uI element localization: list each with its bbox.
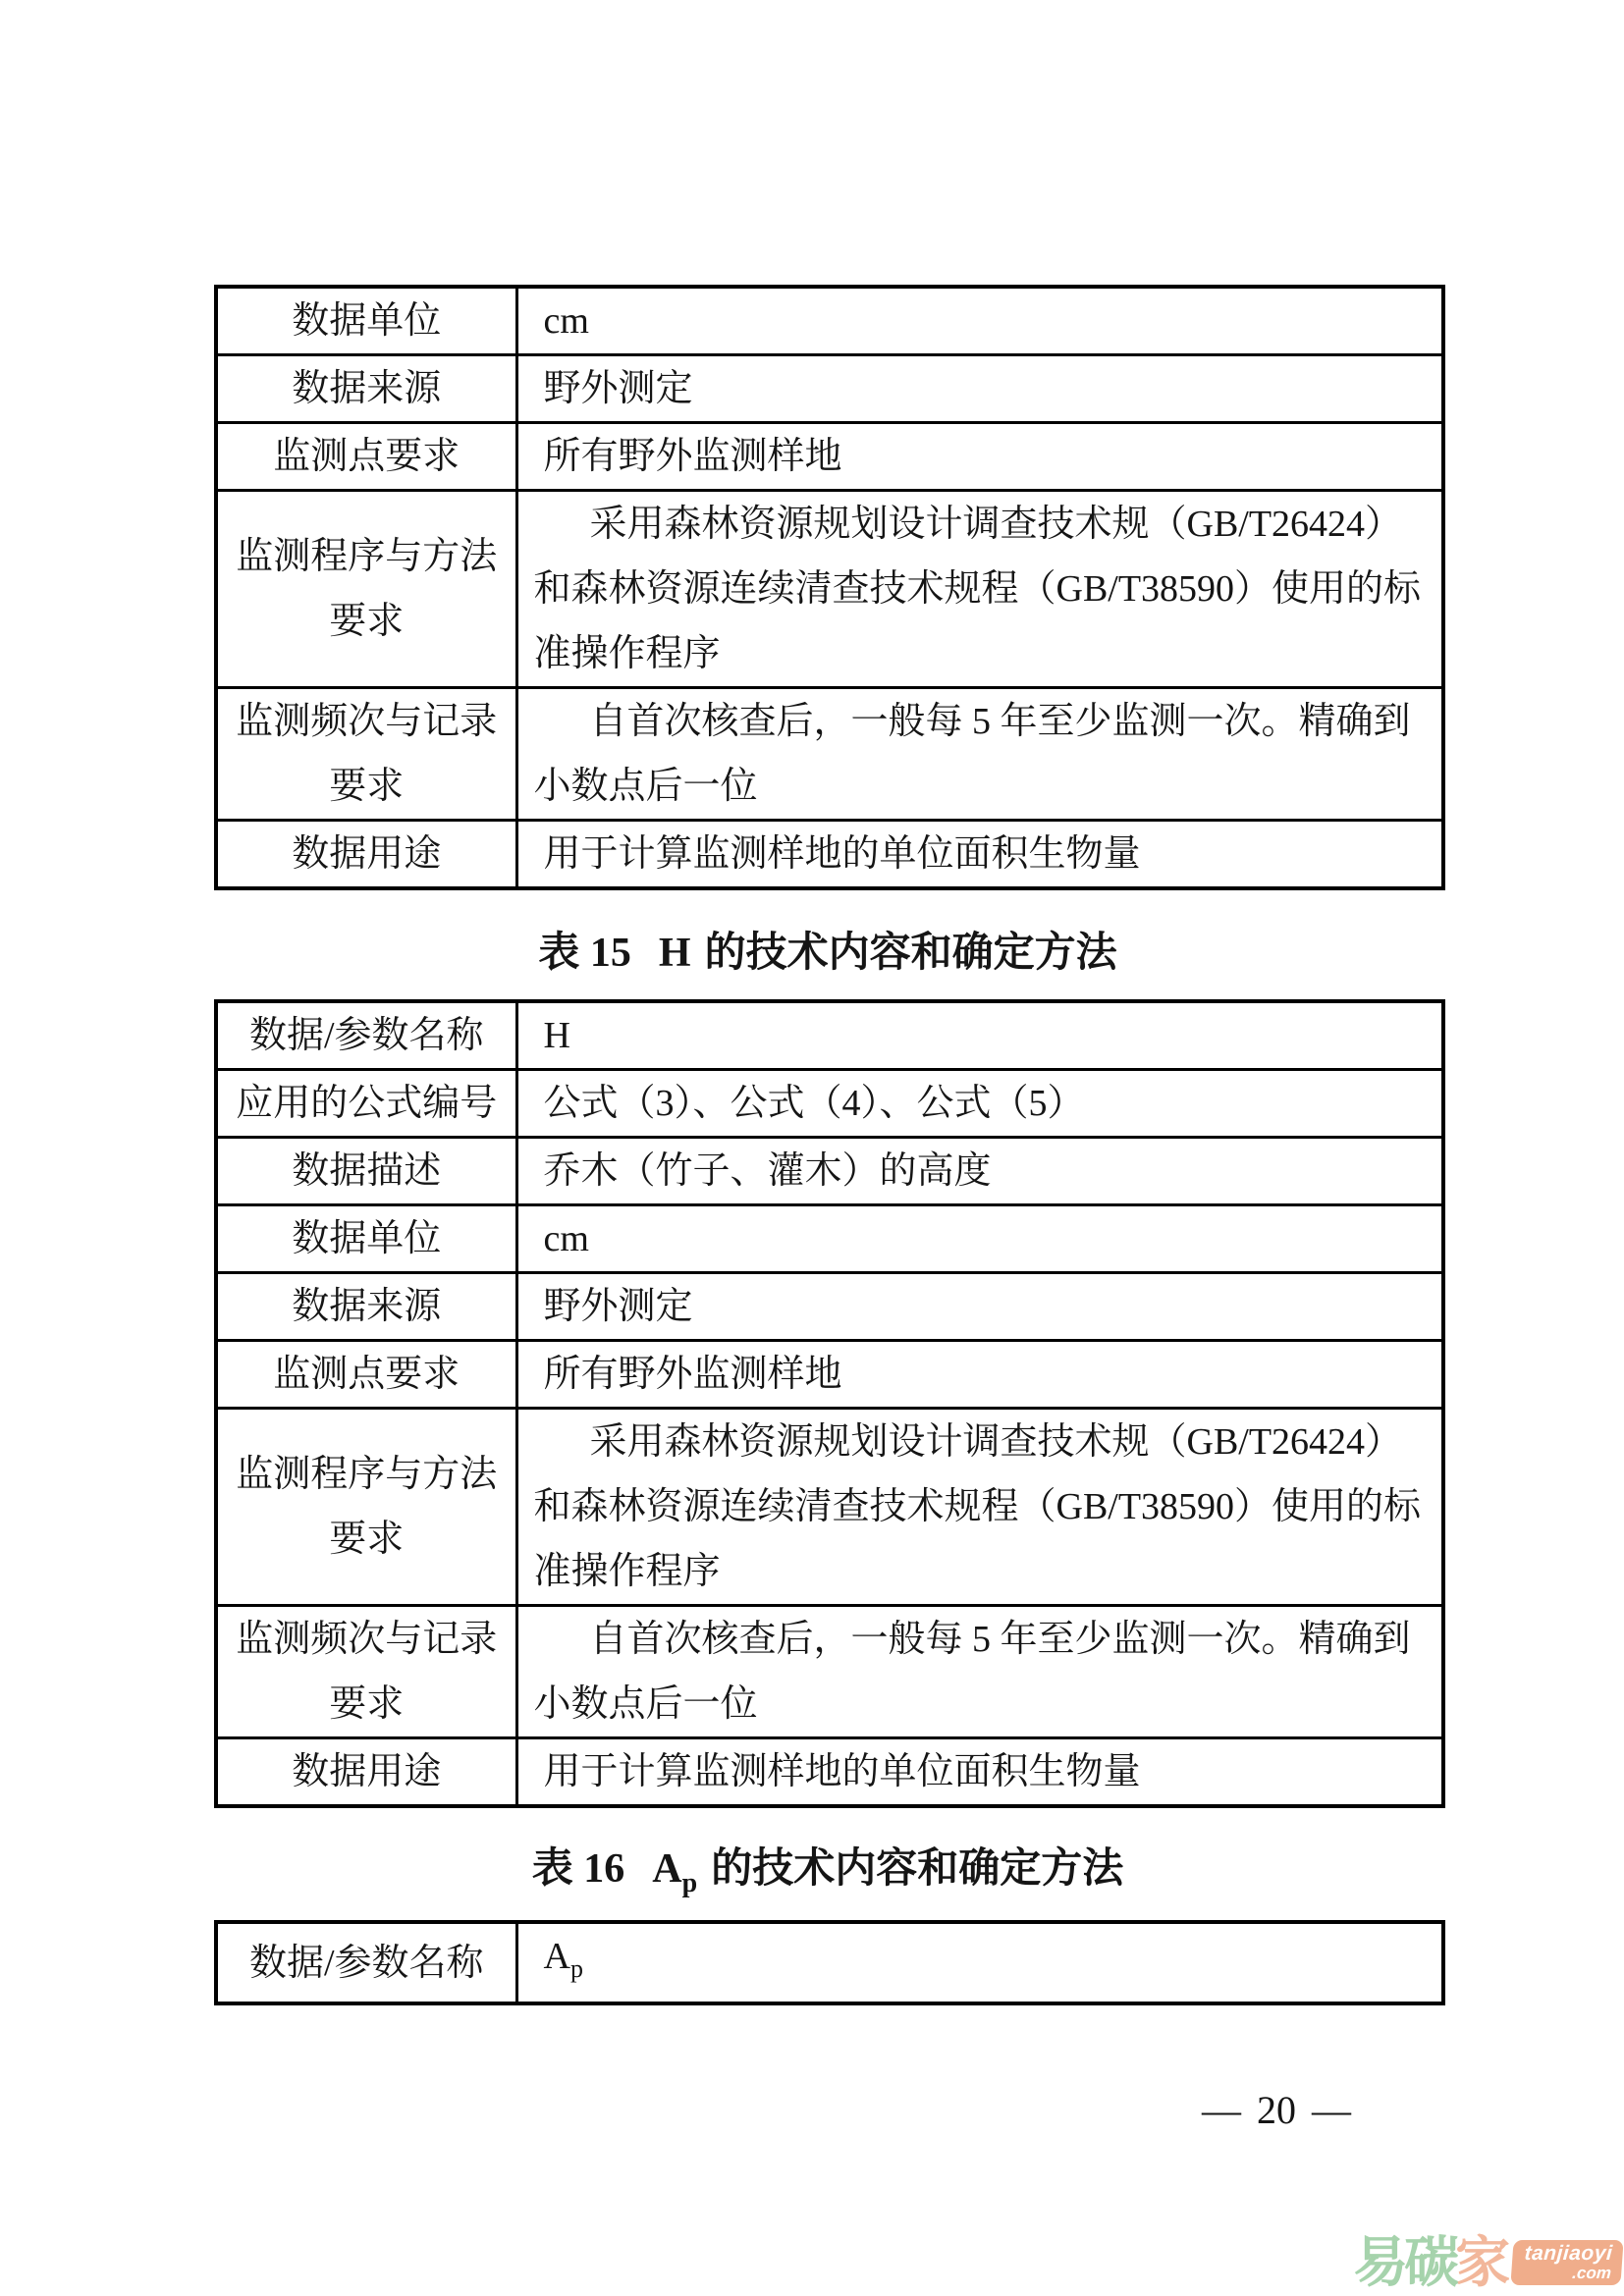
parameter-value-cell: 野外测定: [516, 1273, 1443, 1341]
table-row: 应用的公式编号公式（3）、公式（4）、公式（5）: [216, 1070, 1443, 1138]
parameter-label-cell: 数据单位: [216, 1205, 516, 1273]
table-row: 数据用途用于计算监测样地的单位面积生物量: [216, 1738, 1443, 1807]
parameter-value-cell: H: [516, 1001, 1443, 1070]
parameter-symbol: Ap: [652, 1846, 697, 1892]
table-15: 数据/参数名称H应用的公式编号公式（3）、公式（4）、公式（5）数据描述乔木（竹…: [214, 999, 1445, 1808]
parameter-value-cell: 野外测定: [516, 355, 1443, 423]
watermark-domain-tld: .com: [1523, 2265, 1612, 2281]
table-row: 监测程序与方法要求采用森林资源规划设计调查技术规（GB/T26424）和森林资源…: [216, 1409, 1443, 1606]
table-row: 数据/参数名称H: [216, 1001, 1443, 1070]
parameter-label-cell: 监测频次与记录要求: [216, 1606, 516, 1738]
parameter-value-cell: 所有野外监测样地: [516, 423, 1443, 491]
table-16: 数据/参数名称Ap: [214, 1920, 1445, 2005]
table-row: 数据来源野外测定: [216, 355, 1443, 423]
table-row: 监测频次与记录要求自首次核查后，一般每 5 年至少监测一次。精确到小数点后一位: [216, 1606, 1443, 1738]
watermark-domain-name: tanjiaoyi: [1524, 2243, 1613, 2265]
parameter-label-cell: 监测点要求: [216, 423, 516, 491]
symbol-subscript: p: [682, 1868, 698, 1898]
table-row: 监测点要求所有野外监测样地: [216, 1341, 1443, 1409]
table-body: 数据单位cm数据来源野外测定监测点要求所有野外监测样地监测程序与方法要求采用森林…: [216, 287, 1443, 888]
table-row: 数据描述乔木（竹子、灌木）的高度: [216, 1138, 1443, 1205]
caption-text: 的技术内容和确定方法: [711, 1846, 1123, 1892]
table-row: 数据用途用于计算监测样地的单位面积生物量: [216, 821, 1443, 889]
parameter-label-cell: 应用的公式编号: [216, 1070, 516, 1138]
parameter-value-cell: 用于计算监测样地的单位面积生物量: [516, 1738, 1443, 1807]
table-row: 监测程序与方法要求采用森林资源规划设计调查技术规（GB/T26424）和森林资源…: [216, 491, 1443, 688]
table-row: 数据单位cm: [216, 287, 1443, 355]
symbol-base: H: [659, 931, 691, 976]
table-body: 数据/参数名称Ap: [216, 1922, 1443, 2003]
watermark-char-jia: 家: [1455, 2233, 1506, 2292]
table-15-caption: 表 15H的技术内容和确定方法: [214, 924, 1441, 997]
parameter-value-cell: 采用森林资源规划设计调查技术规（GB/T26424）和森林资源连续清查技术规程（…: [516, 1409, 1443, 1606]
table-number-label: 表 16: [532, 1846, 625, 1892]
table-16-caption: 表 16Ap的技术内容和确定方法: [214, 1840, 1441, 1913]
watermark-logo: 易 碳 家 tanjiaoyi .com: [1353, 2233, 1622, 2292]
parameter-value-cell: 自首次核查后，一般每 5 年至少监测一次。精确到小数点后一位: [516, 1606, 1443, 1738]
caption-text: 的技术内容和确定方法: [705, 931, 1117, 976]
parameter-value-cell: Ap: [516, 1922, 1443, 2003]
table-row: 数据/参数名称Ap: [216, 1922, 1443, 2003]
table-row: 数据来源野外测定: [216, 1273, 1443, 1341]
parameter-label-cell: 数据单位: [216, 287, 516, 355]
watermark-char-tan: 碳: [1404, 2233, 1455, 2292]
table-number-label: 表 15: [538, 931, 631, 976]
parameter-symbol: H: [659, 931, 691, 976]
subscript: p: [570, 1954, 583, 1983]
watermark-char-yi: 易: [1353, 2233, 1404, 2292]
parameter-label-cell: 数据/参数名称: [216, 1922, 516, 2003]
parameter-value-cell: 自首次核查后，一般每 5 年至少监测一次。精确到小数点后一位: [516, 688, 1443, 821]
page-number: — 20 —: [1129, 2087, 1424, 2134]
parameter-value-cell: 采用森林资源规划设计调查技术规（GB/T26424）和森林资源连续清查技术规程（…: [516, 491, 1443, 688]
table-body: 数据/参数名称H应用的公式编号公式（3）、公式（4）、公式（5）数据描述乔木（竹…: [216, 1001, 1443, 1806]
parameter-value-cell: 所有野外监测样地: [516, 1341, 1443, 1409]
parameter-value-cell: 公式（3）、公式（4）、公式（5）: [516, 1070, 1443, 1138]
parameter-value-cell: 乔木（竹子、灌木）的高度: [516, 1138, 1443, 1205]
parameter-label-cell: 数据来源: [216, 1273, 516, 1341]
parameter-label-cell: 数据来源: [216, 355, 516, 423]
parameter-label-cell: 监测程序与方法要求: [216, 491, 516, 688]
parameter-label-cell: 监测程序与方法要求: [216, 1409, 516, 1606]
parameter-label-cell: 监测频次与记录要求: [216, 688, 516, 821]
parameter-label-cell: 数据用途: [216, 1738, 516, 1807]
table-row: 数据单位cm: [216, 1205, 1443, 1273]
table-row: 监测频次与记录要求自首次核查后，一般每 5 年至少监测一次。精确到小数点后一位: [216, 688, 1443, 821]
parameter-label-cell: 数据描述: [216, 1138, 516, 1205]
parameter-table-continued: 数据单位cm数据来源野外测定监测点要求所有野外监测样地监测程序与方法要求采用森林…: [214, 285, 1445, 890]
table-row: 监测点要求所有野外监测样地: [216, 423, 1443, 491]
parameter-label-cell: 数据/参数名称: [216, 1001, 516, 1070]
parameter-value-cell: cm: [516, 1205, 1443, 1273]
parameter-value-cell: cm: [516, 287, 1443, 355]
parameter-label-cell: 数据用途: [216, 821, 516, 889]
parameter-label-cell: 监测点要求: [216, 1341, 516, 1409]
watermark-domain-badge: tanjiaoyi .com: [1511, 2240, 1624, 2285]
parameter-value-cell: 用于计算监测样地的单位面积生物量: [516, 821, 1443, 889]
document-page: 数据单位cm数据来源野外测定监测点要求所有野外监测样地监测程序与方法要求采用森林…: [0, 0, 1624, 2296]
symbol-base: A: [652, 1846, 681, 1892]
